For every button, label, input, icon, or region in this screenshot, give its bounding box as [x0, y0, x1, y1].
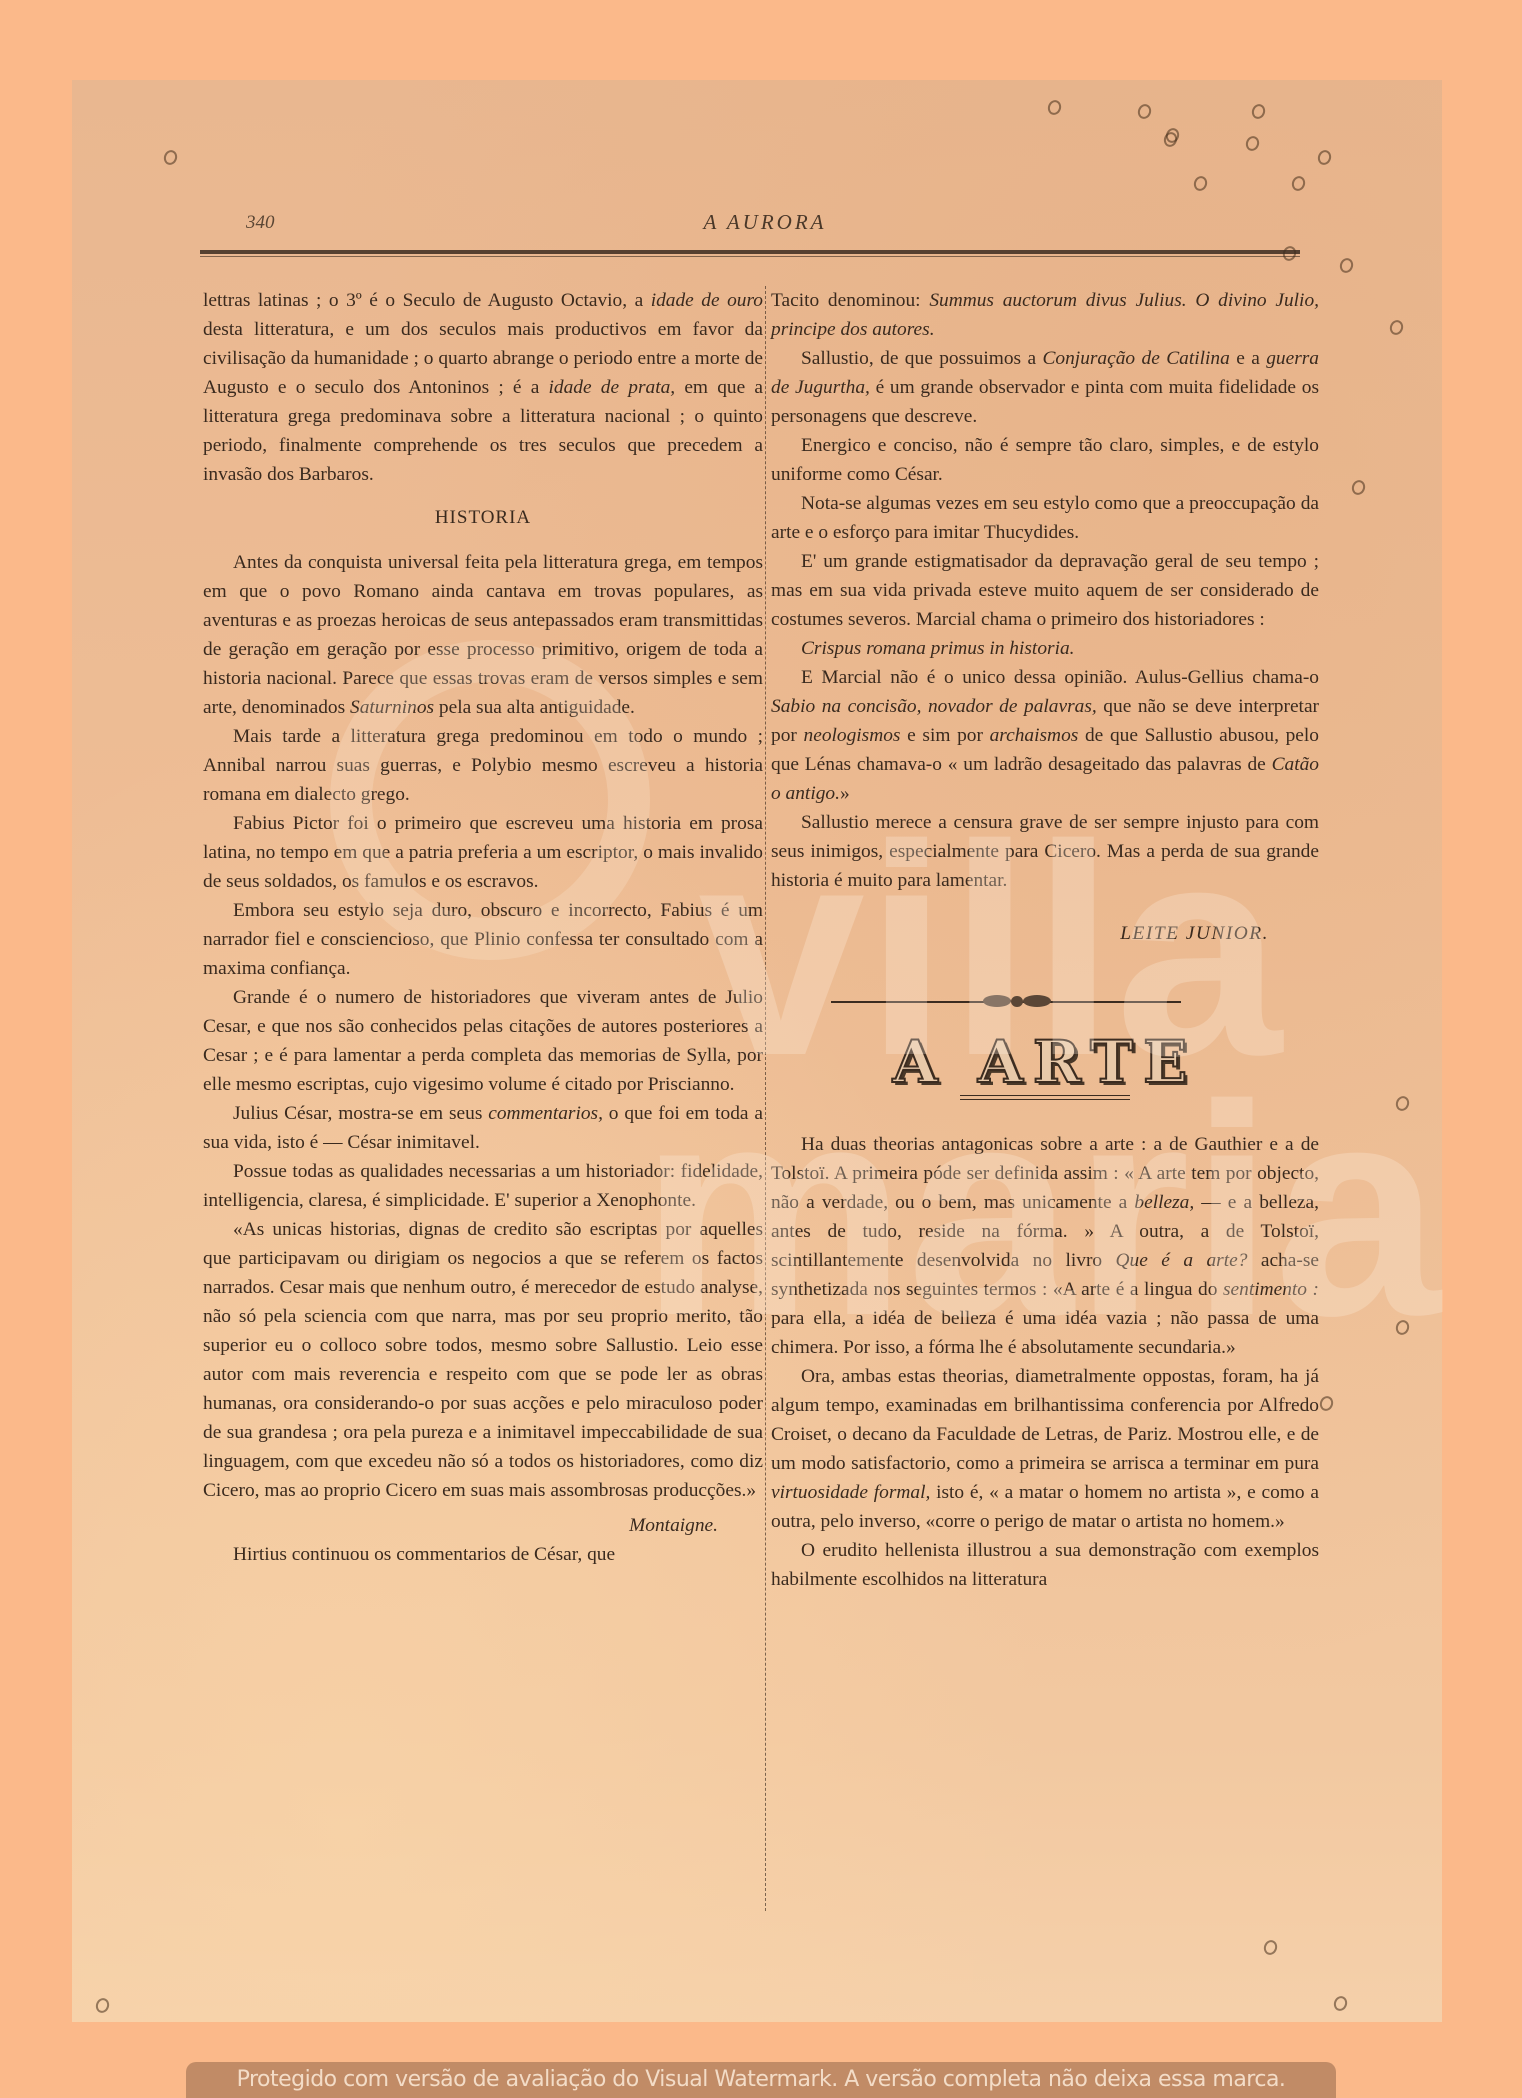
paragraph: Embora seu estylo seja duro, obscuro e i…: [203, 896, 763, 983]
running-title: A AURORA: [200, 210, 1330, 235]
paragraph: Ha duas theorias antagonicas sobre a art…: [771, 1130, 1319, 1362]
paragraph: Tacito denominou: Summus auctorum divus …: [771, 286, 1319, 344]
latin-quote: Crispus romana primus in historia.: [771, 634, 1319, 663]
paragraph: Antes da conquista universal feita pela …: [203, 548, 763, 722]
paragraph: Fabius Pictor foi o primeiro que escreve…: [203, 809, 763, 896]
watermark-banner: Protegido com versão de avaliação do Vis…: [186, 2062, 1336, 2098]
author-signature: LEITE JUNIOR.: [771, 919, 1319, 948]
quote-paragraph: «As unicas historias, dignas de credito …: [203, 1215, 763, 1505]
right-column: Tacito denominou: Summus auctorum divus …: [771, 286, 1319, 1594]
paragraph: lettras latinas ; o 3º é o Seculo de Aug…: [203, 286, 763, 489]
paragraph: Possue todas as qualidades necessarias a…: [203, 1157, 763, 1215]
paragraph: Energico e conciso, não é sempre tão cla…: [771, 431, 1319, 489]
paragraph: Sallustio, de que possuimos a Conjuração…: [771, 344, 1319, 431]
paragraph: E Marcial não é o unico dessa opinião. A…: [771, 663, 1319, 808]
paragraph: Ora, ambas estas theorias, diametralment…: [771, 1362, 1319, 1536]
paragraph: Julius César, mostra-se em seus commenta…: [203, 1099, 763, 1157]
section-title-arte: A ARTE: [771, 1048, 1319, 1077]
paragraph: Nota-se algumas vezes em seu estylo como…: [771, 489, 1319, 547]
section-heading-historia: HISTORIA: [203, 503, 763, 532]
left-column: lettras latinas ; o 3º é o Seculo de Aug…: [203, 286, 763, 1569]
paragraph: Hirtius continuou os commentarios de Cés…: [203, 1540, 763, 1569]
paragraph: Sallustio merece a censura grave de ser …: [771, 808, 1319, 895]
paragraph: Mais tarde a litteratura grega predomino…: [203, 722, 763, 809]
paragraph: O erudito hellenista illustrou a sua dem…: [771, 1536, 1319, 1594]
quote-attribution: Montaigne.: [203, 1511, 763, 1540]
paragraph: Grande é o numero de historiadores que v…: [203, 983, 763, 1099]
ornamental-divider-icon: [771, 982, 1319, 1022]
paragraph: E' um grande estigmatisador da depravaçã…: [771, 547, 1319, 634]
header-rule-thin: [200, 256, 1300, 257]
page-header: 340 A AURORA: [200, 208, 1330, 238]
header-rule: [200, 250, 1300, 254]
column-divider: [765, 286, 766, 1911]
